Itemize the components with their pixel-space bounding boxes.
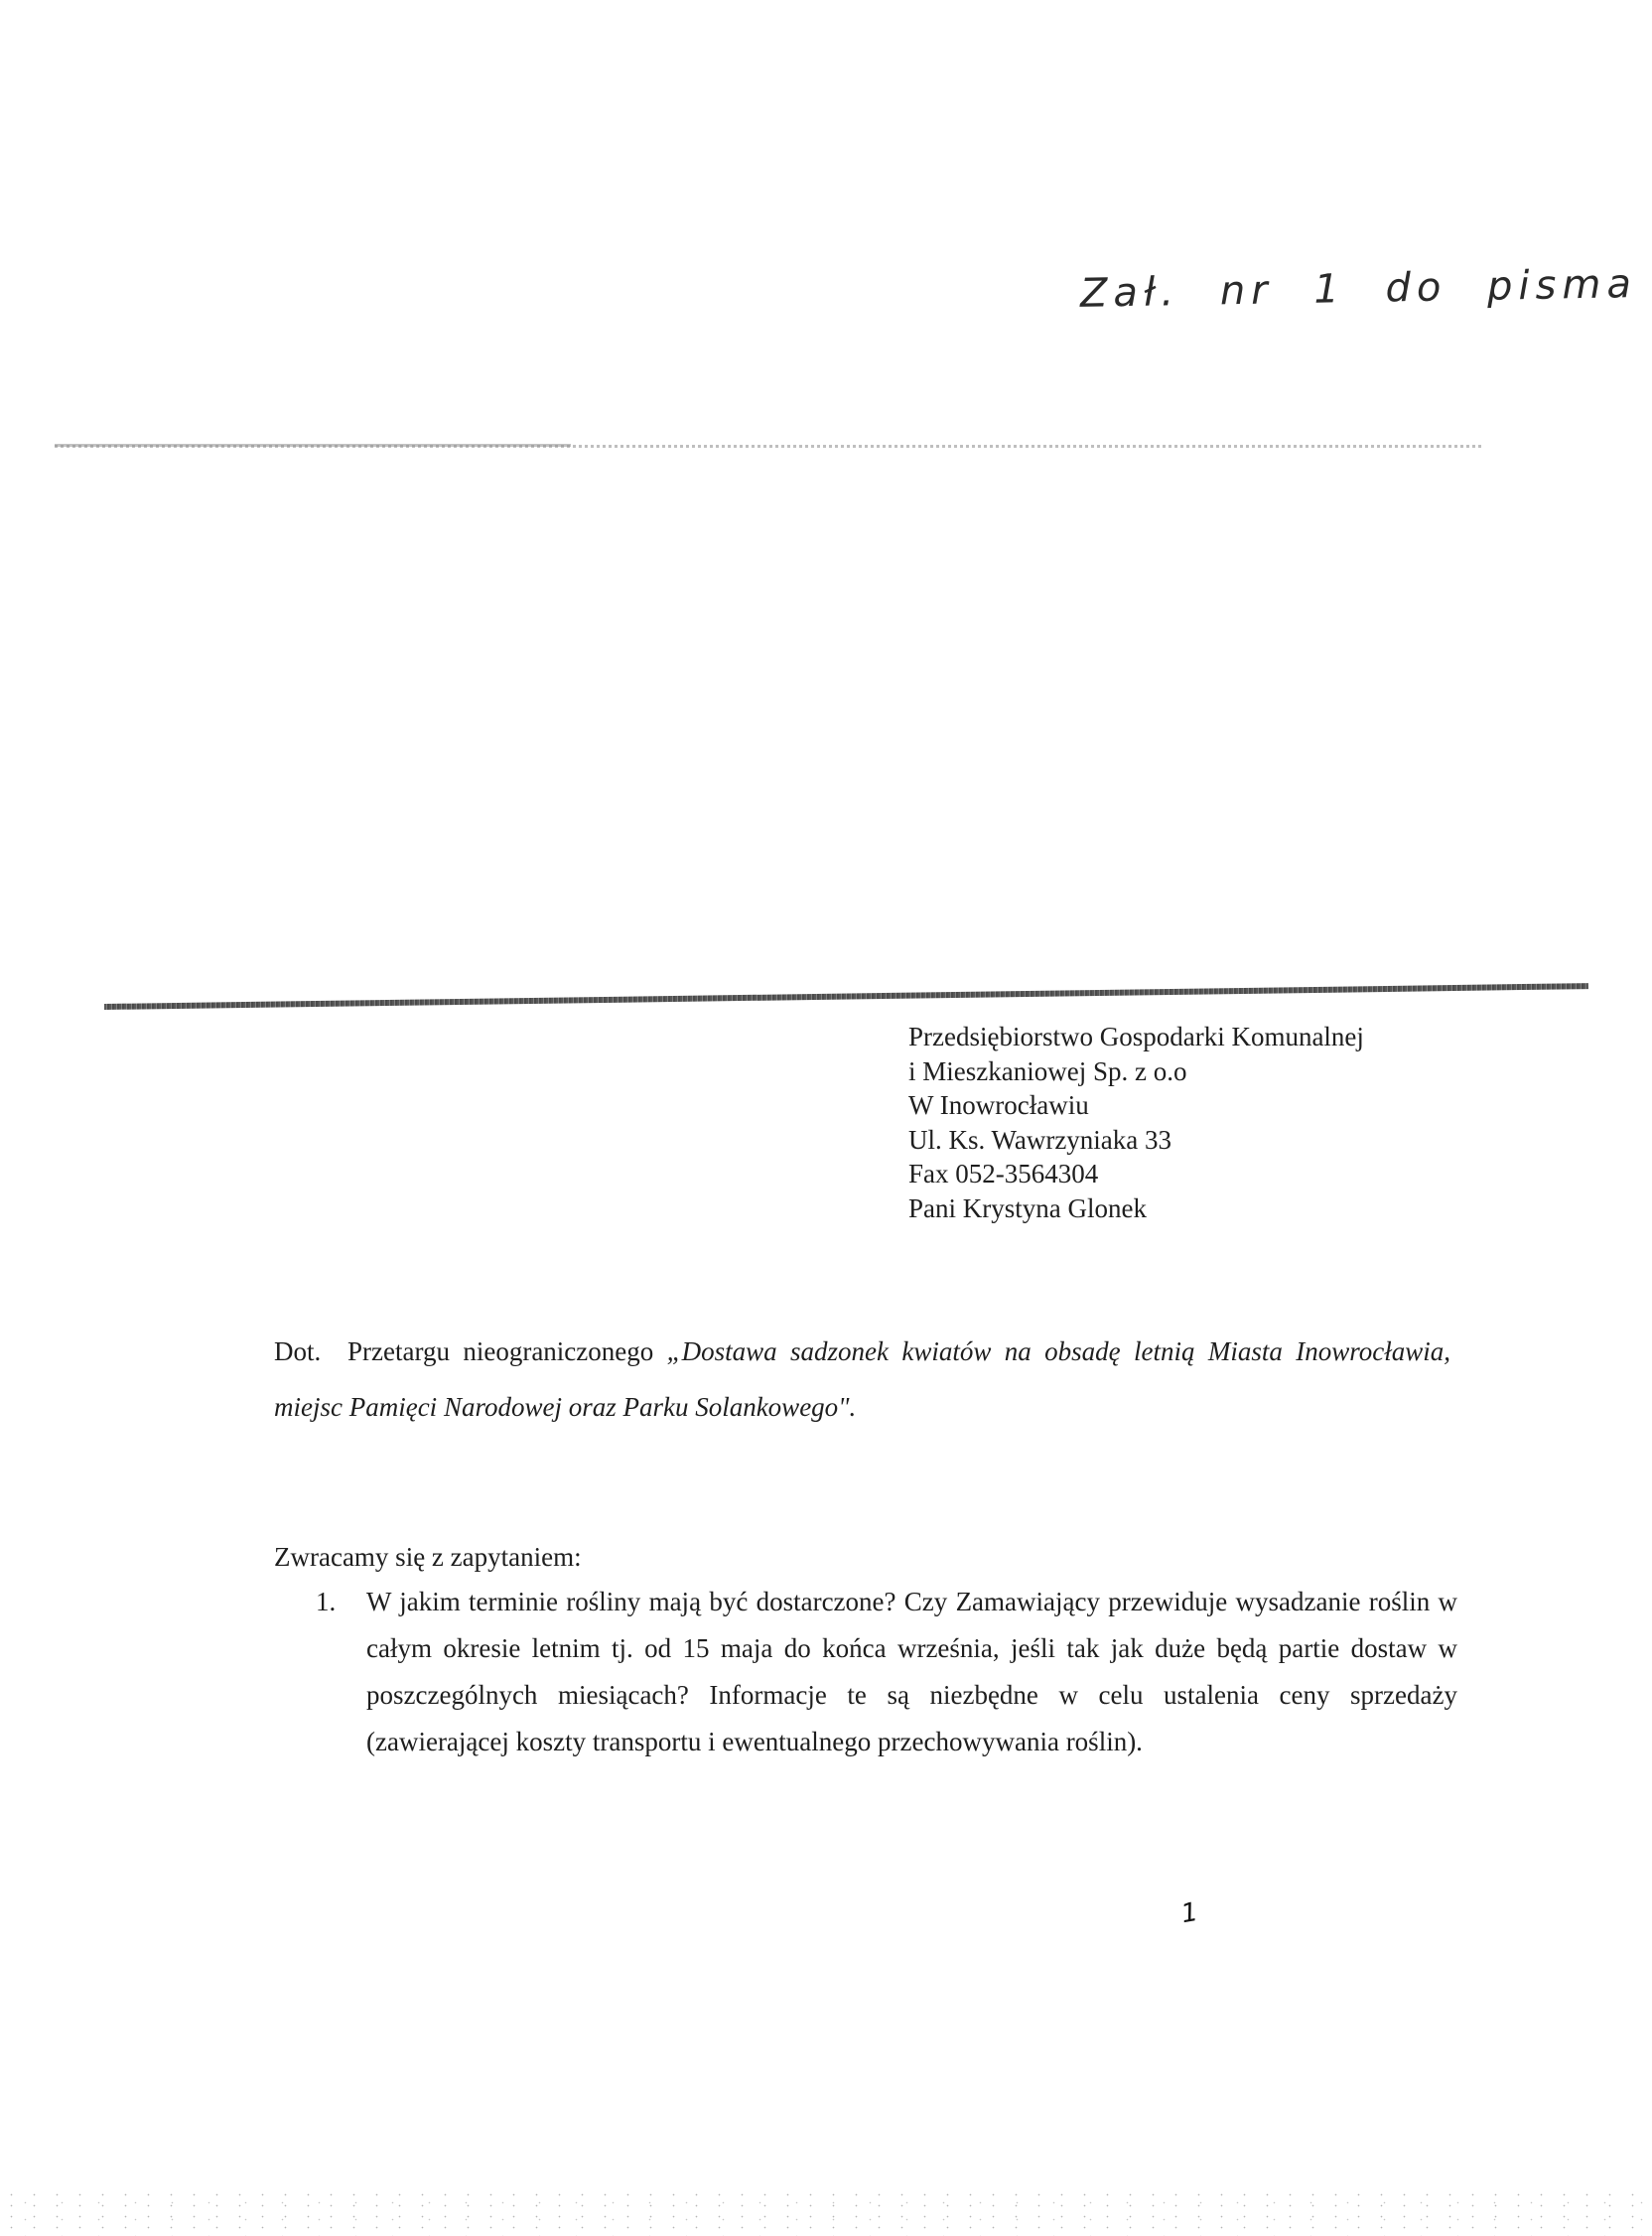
subject-prefix: Dot. (274, 1336, 321, 1366)
addressee-company-line-2: i Mieszkaniowej Sp. z o.o (908, 1054, 1364, 1089)
subject-line: Dot. Przetargu nieograniczonego „Dostawa… (274, 1324, 1450, 1435)
scan-noise-strip (0, 2189, 1652, 2236)
addressee-block: Przedsiębiorstwo Gospodarki Komunalnej i… (908, 1020, 1364, 1225)
subject-lead: Przetargu nieograniczonego (347, 1336, 653, 1366)
addressee-company-line-1: Przedsiębiorstwo Gospodarki Komunalnej (908, 1020, 1364, 1054)
handwritten-attachment-note: Zał. nr 1 do pisma (1080, 261, 1638, 317)
questions-list: 1. W jakim terminie rośliny mają być dos… (316, 1579, 1457, 1765)
addressee-fax: Fax 052-3564304 (908, 1157, 1364, 1191)
addressee-person: Pani Krystyna Glonek (908, 1191, 1364, 1226)
addressee-city: W Inowrocławiu (908, 1088, 1364, 1123)
question-number: 1. (316, 1579, 336, 1625)
question-text: W jakim terminie rośliny mają być dostar… (366, 1587, 1457, 1756)
scanned-letter-page: Zał. nr 1 do pisma Przedsiębiorstwo Gosp… (0, 0, 1652, 2236)
addressee-street: Ul. Ks. Wawrzyniaka 33 (908, 1123, 1364, 1158)
dashed-top-rule (55, 445, 1484, 448)
page-number-mark: 1 (1179, 1897, 1201, 1929)
header-divider-rule (104, 983, 1588, 1010)
body-intro: Zwracamy się z zapytaniem: (274, 1540, 582, 1574)
question-item: 1. W jakim terminie rośliny mają być dos… (316, 1579, 1457, 1765)
